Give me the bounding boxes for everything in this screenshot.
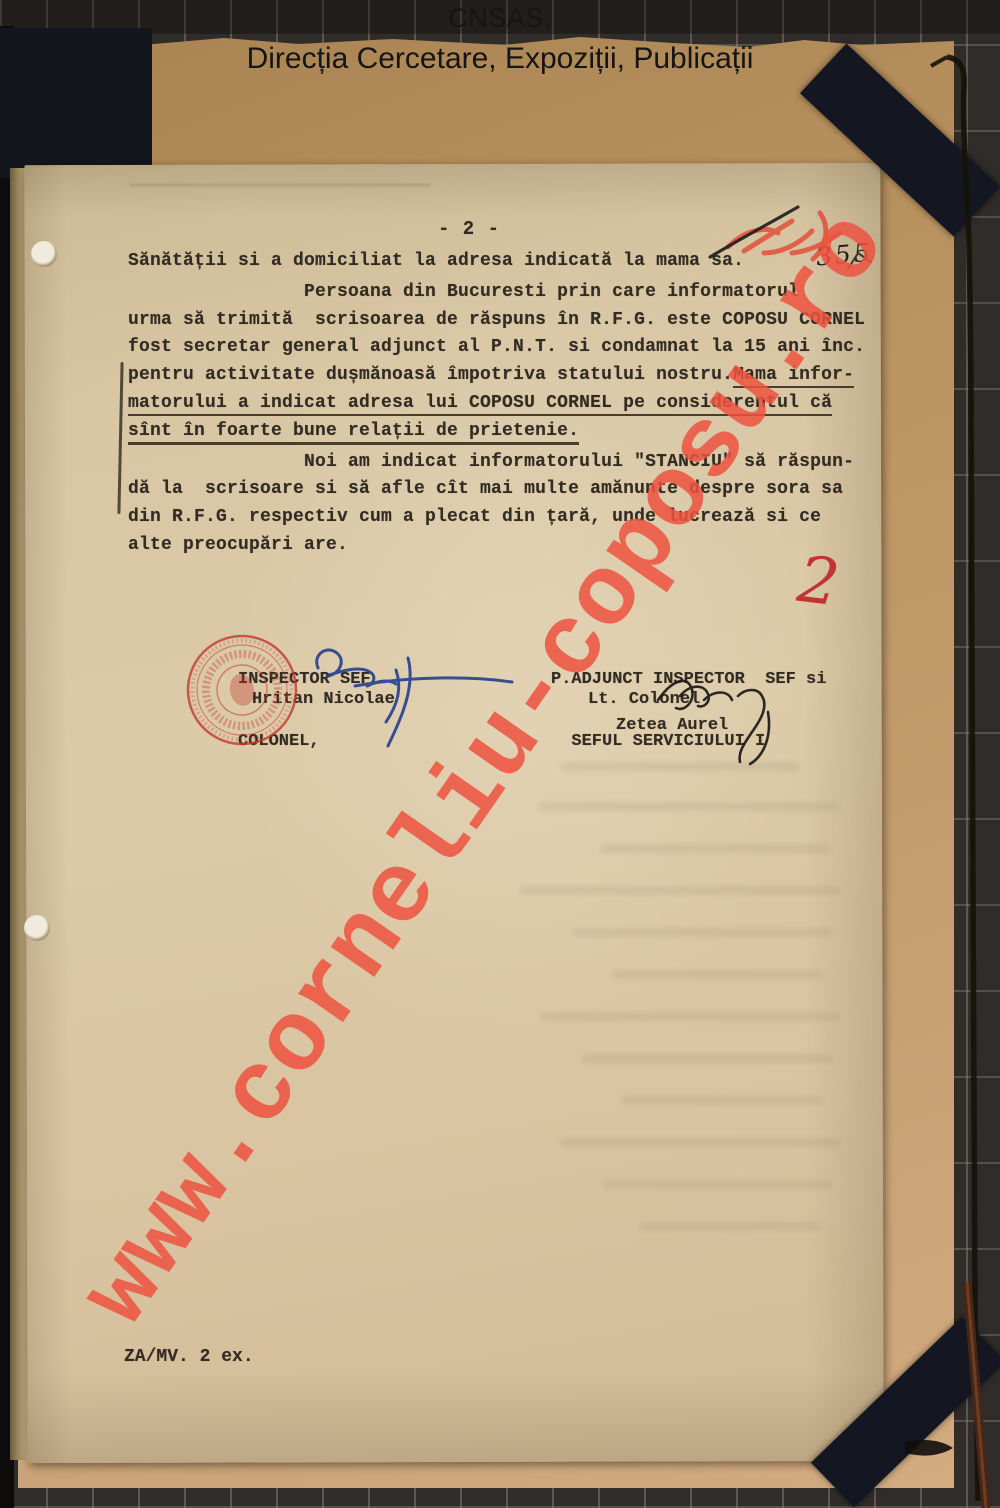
ink-bleed [600,844,830,853]
ink-bleed [520,886,840,895]
ink-bleed [602,1180,832,1189]
typist-reference: ZA/MV. 2 ex. [124,1347,254,1367]
ink-bleed [538,802,838,811]
folio-number: 355 [815,238,874,272]
ink-bleed [612,970,822,979]
typed-line: alte preocupări are. [128,532,865,560]
ink-bleed [622,1096,822,1105]
ink-bleed [640,1222,820,1231]
typed-line: urma să trimită scrisoarea de răspuns în… [128,307,865,335]
archive-header-department: Direcția Cercetare, Expoziții, Publicați… [0,42,1000,76]
typed-line: sînt în foarte bune relații de prietenie… [128,418,865,446]
ink-bleed [540,1012,840,1021]
copy-number-red: 2 [794,543,843,621]
scanned-archive-photo: - 2 - Sănătății si a domiciliat la adres… [0,0,1000,1508]
typed-line: pentru activitate dușmănoasă împotriva s… [128,362,865,390]
typed-line: dă la scrisoare si să afle cît mai multe… [128,476,865,504]
punch-hole-top [31,241,57,267]
typed-line: fost secretar general adjunct al P.N.T. … [128,334,865,362]
ink-bleed [560,1138,840,1147]
ink-bleed [582,1054,832,1063]
paper-crease [130,184,430,186]
signature-ink-icon [280,628,820,778]
punch-hole-middle [24,915,50,941]
typed-body: Sănătății si a domiciliat la adresa indi… [128,248,865,560]
typed-line: Noi am indicat informatorului "STANCIU" … [128,449,865,477]
page-number: - 2 - [438,218,500,240]
ink-bleed [572,928,832,937]
typed-line: din R.F.G. respectiv cum a plecat din ța… [128,504,865,532]
archive-header-org: CNSAS, [0,3,1000,34]
typed-line: matorului a indicat adresa lui COPOSU CO… [128,390,865,418]
